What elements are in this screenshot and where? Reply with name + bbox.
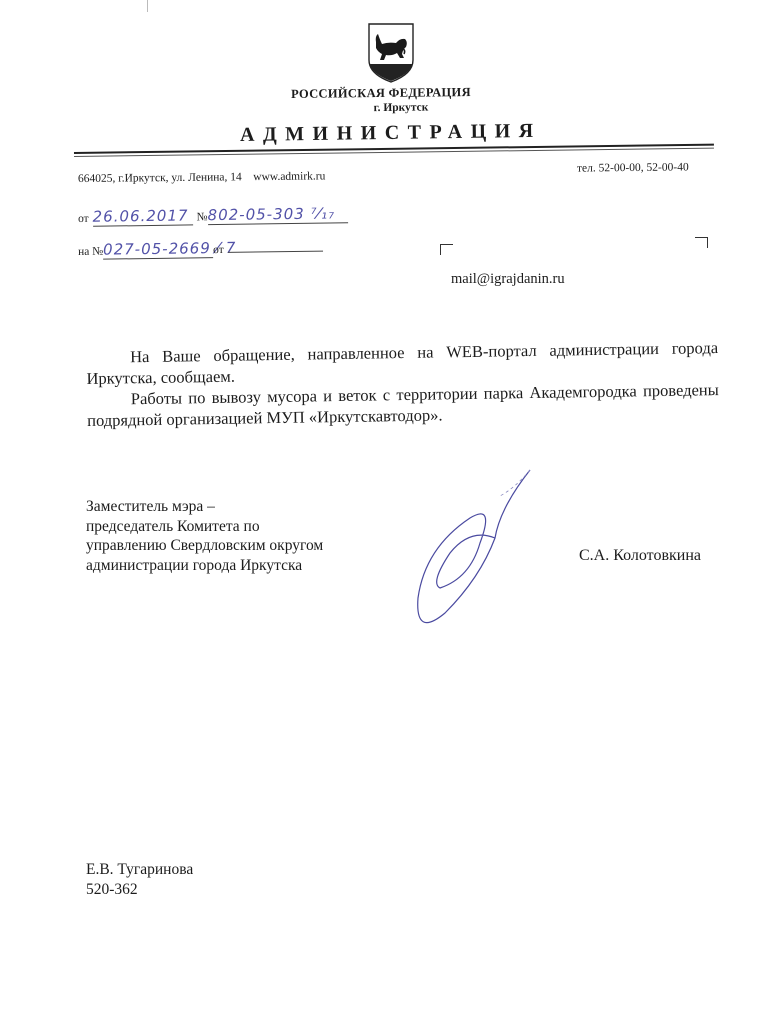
position-line: управлению Свердловским округом (86, 536, 323, 556)
address-corner-right (695, 237, 708, 248)
reference-label: на № (78, 246, 103, 258)
signatory-position: Заместитель мэра – председатель Комитета… (86, 497, 323, 575)
letterhead-divider (74, 144, 714, 157)
date-label: от (78, 213, 89, 225)
handwritten-signature-icon (400, 468, 540, 633)
recipient-email: mail@igrajdanin.ru (451, 271, 565, 288)
incoming-reference: на №027-05-2669 ⁄ 7от (78, 237, 323, 260)
reference-date (228, 237, 323, 253)
outgoing-number: 802-05-303 ⁷⁄₁₇ (207, 204, 347, 225)
outgoing-date: 26.06.2017 (92, 206, 192, 226)
position-line: Заместитель мэра – (86, 497, 323, 517)
letter-body: На Ваше обращение, направленное на WEB-п… (86, 337, 719, 431)
executor-name: Е.В. Тугаринова (86, 860, 193, 880)
phone-numbers: тел. 52-00-00, 52-00-40 (577, 161, 689, 174)
signatory-name: С.А. Колотовкина (579, 547, 701, 565)
organization-title: АДМИНИСТРАЦИЯ (240, 120, 542, 147)
outgoing-registration: от 26.06.2017 №802-05-303 ⁷⁄₁₇ (78, 204, 348, 227)
website-link[interactable]: www.admirk.ru (253, 170, 325, 183)
number-label: № (197, 211, 208, 223)
address-line: 664025, г.Иркутск, ул. Ленина, 14 www.ad… (78, 170, 325, 185)
address-corner-left (440, 244, 453, 255)
executor-phone: 520-362 (86, 880, 193, 900)
position-line: председатель Комитета по (86, 517, 323, 537)
reference-date-label: от (213, 244, 224, 256)
postal-address: 664025, г.Иркутск, ул. Ленина, 14 (78, 171, 242, 185)
reference-number: 027-05-2669 ⁄ 7 (103, 239, 213, 260)
body-paragraph: Работы по вывозу мусора и веток с террит… (87, 379, 720, 431)
scan-edge-mark (147, 0, 148, 12)
coat-of-arms-icon (366, 22, 416, 84)
executor-info: Е.В. Тугаринова 520-362 (86, 860, 193, 900)
position-line: администрации города Иркутска (86, 556, 323, 576)
